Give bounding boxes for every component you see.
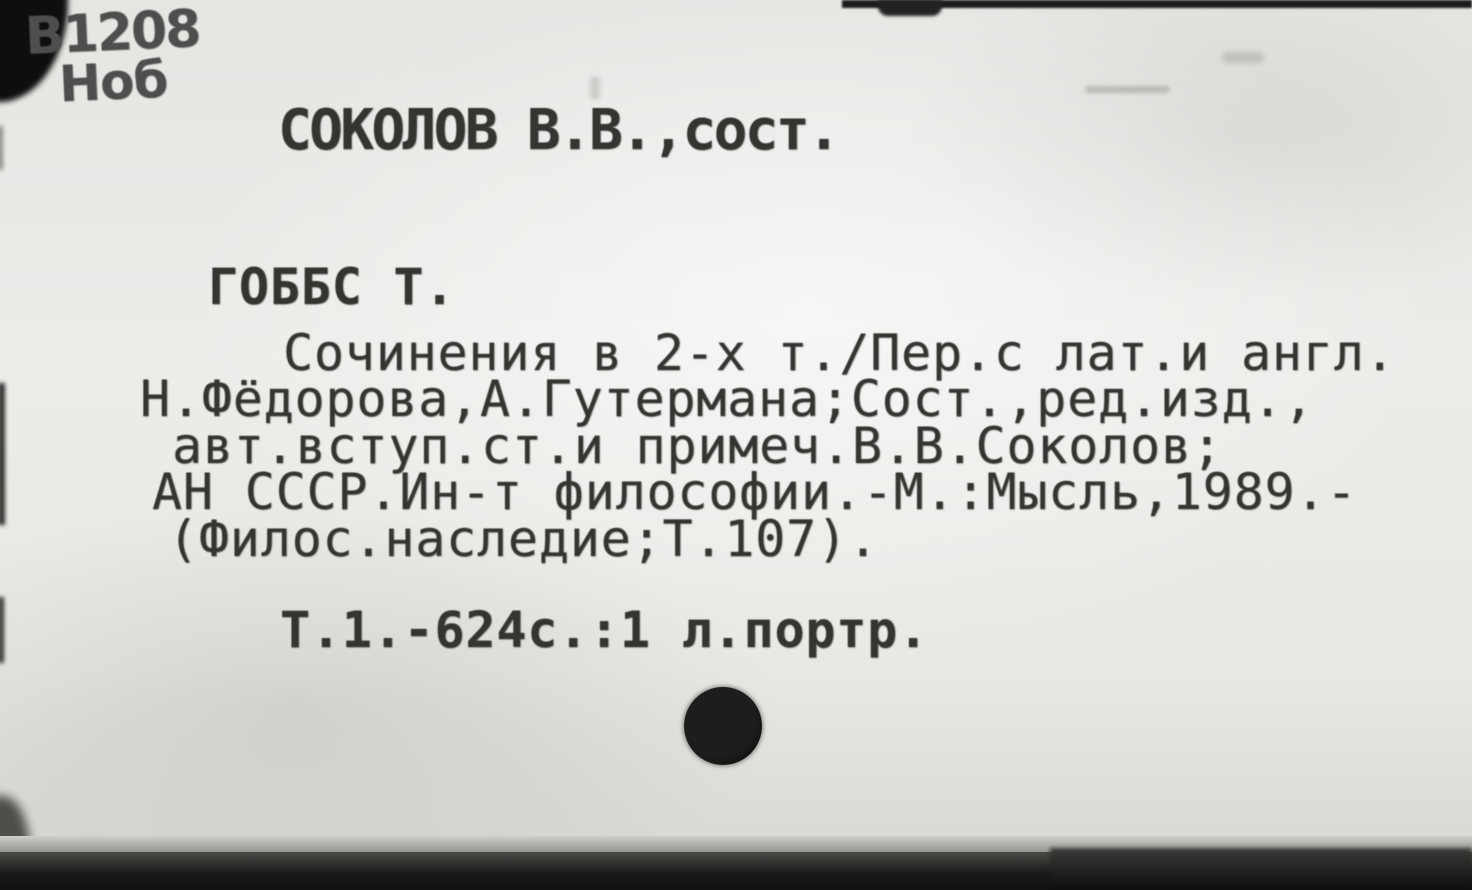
- scan-smudge: [1085, 86, 1170, 93]
- bibliographic-line: Н.Фёдорова,А.Гутермана;Сост.,ред.изд.,: [140, 376, 1314, 423]
- scan-dark-edge-top-notch: [878, 0, 942, 16]
- bibliographic-line: (Филос.наследие;Т.107).: [168, 516, 879, 563]
- scan-dark-band-bottom-right: [1050, 848, 1472, 890]
- scan-smudge: [590, 76, 600, 100]
- volume-statement: Т.1.-624с.:1 л.портр.: [280, 601, 929, 659]
- scan-smudge: [1222, 52, 1264, 63]
- author-header: ГОББС Т.: [208, 258, 455, 316]
- scan-dark-edge-left: [0, 126, 3, 170]
- catalog-card-scan: В1208 Ноб СОКОЛОВ В.В.,сост. ГОББС Т. Со…: [0, 0, 1472, 890]
- bibliographic-line: АН СССР.Ин-т философии.-М.:Мысль,1989.-: [152, 469, 1357, 516]
- compiler-heading: СОКОЛОВ В.В.,сост.: [278, 98, 838, 163]
- call-number: В1208 Ноб: [24, 4, 202, 110]
- card-punch-hole: [684, 687, 762, 765]
- scan-dark-edge-left: [0, 383, 5, 525]
- scan-dark-edge-left: [0, 597, 4, 663]
